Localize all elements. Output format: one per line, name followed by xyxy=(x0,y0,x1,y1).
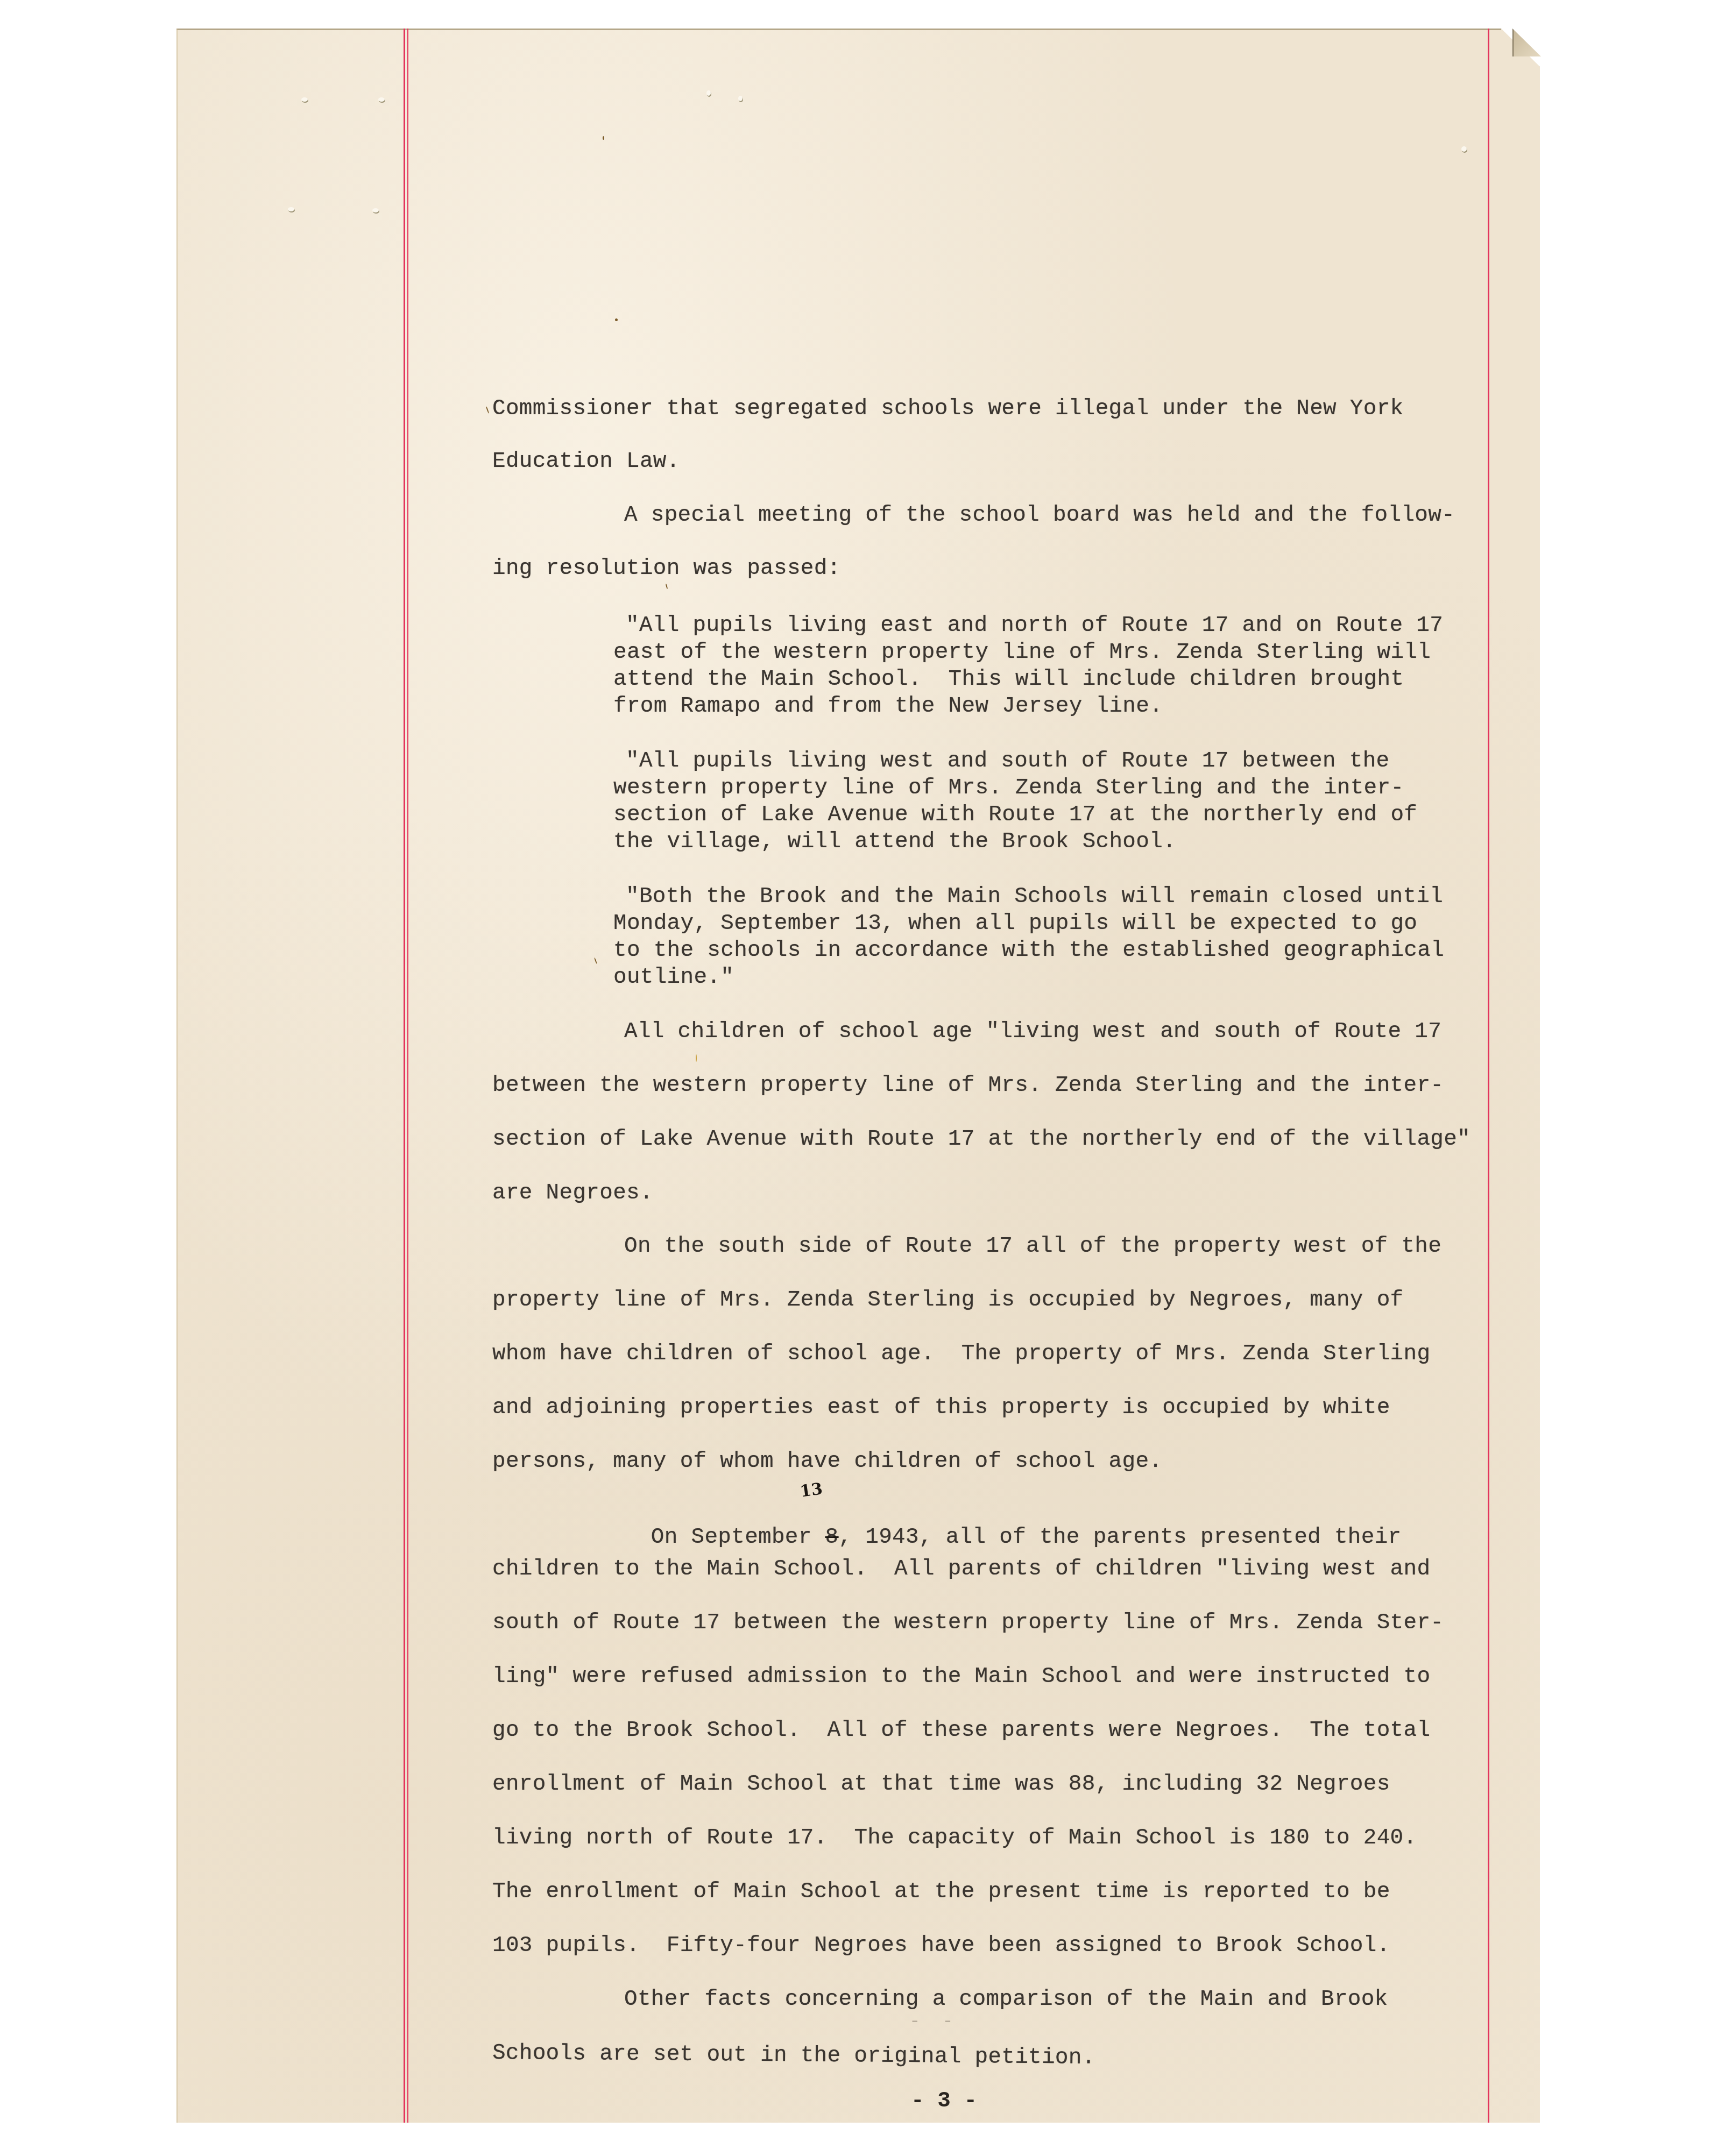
resolution-quote-line: attend the Main School. This will includ… xyxy=(613,669,1404,691)
body-text-line: Schools are set out in the original peti… xyxy=(492,2042,1095,2069)
staple-hole xyxy=(378,97,385,102)
paper-left-edge xyxy=(176,29,178,2123)
resolution-quote-line: "All pupils living west and south of Rou… xyxy=(626,750,1390,772)
date-correction-line: On September 8, 1943, all of the parents… xyxy=(624,1505,1401,1549)
body-text-line: On the south side of Route 17 all of the… xyxy=(624,1236,1441,1258)
handwritten-date-correction: 13 xyxy=(799,1479,824,1501)
resolution-quote-line: to the schools in accordance with the es… xyxy=(613,940,1444,962)
staple-hole xyxy=(288,207,294,211)
body-text-line: ling" were refused admission to the Main… xyxy=(492,1666,1430,1688)
right-margin-rule xyxy=(1488,29,1489,2123)
body-text-line: persons, many of whom have children of s… xyxy=(492,1451,1162,1473)
resolution-quote-line: the village, will attend the Brook Schoo… xyxy=(613,831,1176,853)
body-text-line: children to the Main School. All parents… xyxy=(492,1558,1430,1580)
date-line-prefix: On September xyxy=(651,1525,825,1550)
body-text-line: Other facts concerning a comparison of t… xyxy=(624,1989,1388,2011)
paper-speck xyxy=(603,136,604,140)
paper-hole xyxy=(706,90,711,96)
body-text-line: and adjoining properties east of this pr… xyxy=(492,1397,1390,1419)
body-text-line: All children of school age "living west … xyxy=(624,1021,1441,1043)
staple-hole xyxy=(372,208,379,212)
resolution-quote-line: east of the western property line of Mrs… xyxy=(613,642,1431,664)
resolution-quote-line: Monday, September 13, when all pupils wi… xyxy=(613,913,1417,935)
paper-hole xyxy=(1461,146,1467,152)
resolution-quote-line: western property line of Mrs. Zenda Ster… xyxy=(613,777,1404,799)
resolution-quote-line: from Ramapo and from the New Jersey line… xyxy=(613,696,1163,718)
body-text-line: The enrollment of Main School at the pre… xyxy=(492,1881,1390,1903)
body-text-line: south of Route 17 between the western pr… xyxy=(492,1612,1444,1634)
body-text-line: A special meeting of the school board wa… xyxy=(624,505,1455,527)
body-text-line: Commissioner that segregated schools wer… xyxy=(492,398,1403,420)
body-text-line: whom have children of school age. The pr… xyxy=(492,1343,1430,1365)
staple-hole xyxy=(301,97,308,102)
date-line-suffix: , 1943, all of the parents presented the… xyxy=(838,1525,1401,1550)
paper-hole xyxy=(738,96,743,101)
resolution-quote-line: section of Lake Avenue with Route 17 at … xyxy=(613,804,1417,826)
body-text-line: 103 pupils. Fifty-four Negroes have been… xyxy=(492,1935,1390,1957)
body-text-line: section of Lake Avenue with Route 17 at … xyxy=(492,1129,1471,1151)
page-number: - 3 - xyxy=(911,2089,977,2114)
left-margin-rule xyxy=(404,29,405,2123)
paper-speck xyxy=(696,1054,697,1062)
body-text-line: enrollment of Main School at that time w… xyxy=(492,1774,1390,1796)
body-text-line: between the western property line of Mrs… xyxy=(492,1075,1444,1097)
struck-date-digit: 8 xyxy=(825,1525,839,1550)
body-text-line: living north of Route 17. The capacity o… xyxy=(492,1827,1417,1849)
show-through-marks: - - xyxy=(909,2012,953,2032)
paper-top-edge xyxy=(176,29,1501,30)
resolution-quote-line: outline." xyxy=(613,967,734,989)
paper-speck xyxy=(615,318,618,321)
body-text-line: property line of Mrs. Zenda Sterling is … xyxy=(492,1289,1403,1311)
left-margin-rule-secondary xyxy=(407,29,408,2123)
body-text-line: ing resolution was passed: xyxy=(492,558,841,580)
resolution-quote-line: "Both the Brook and the Main Schools wil… xyxy=(626,886,1443,908)
body-text-line: go to the Brook School. All of these par… xyxy=(492,1720,1430,1742)
body-text-line: Education Law. xyxy=(492,451,680,473)
folded-corner xyxy=(1512,29,1541,56)
body-text-line: are Negroes. xyxy=(492,1182,653,1204)
resolution-quote-line: "All pupils living east and north of Rou… xyxy=(626,615,1443,637)
